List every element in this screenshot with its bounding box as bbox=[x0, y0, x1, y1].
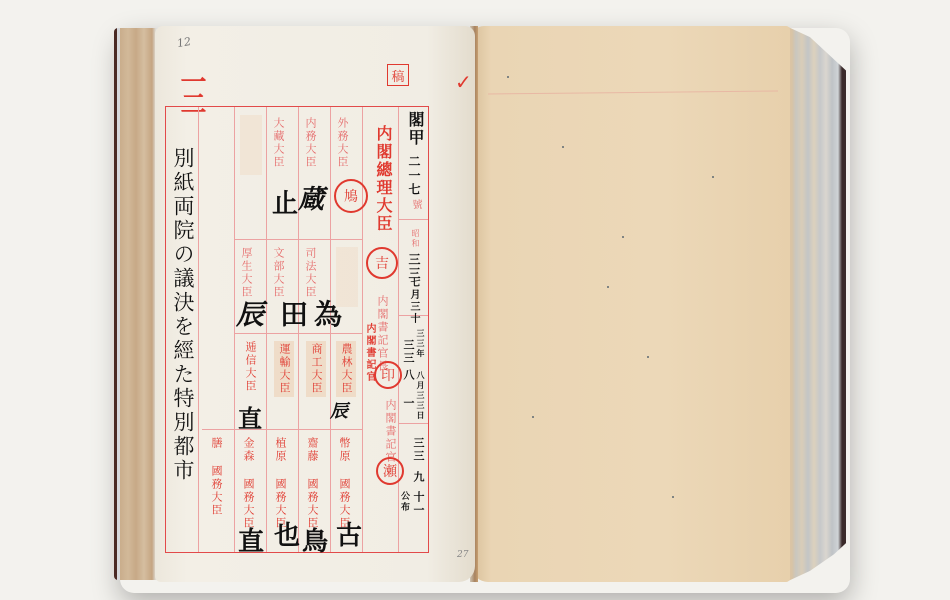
secretary-title: 内閣書記官 bbox=[382, 399, 398, 464]
minister-title: 文部大臣 bbox=[270, 247, 286, 299]
file-number-suffix: 號 bbox=[408, 199, 423, 211]
approval-handwritten-date: 三三年 八月三三日 bbox=[416, 329, 427, 421]
right-page-blank bbox=[472, 26, 790, 582]
header-seal: 稿 bbox=[387, 64, 409, 86]
enforcement-month: 九 bbox=[410, 471, 426, 484]
minister-title: 厚生大臣 bbox=[238, 247, 254, 299]
pencil-page-number: 12 bbox=[176, 35, 192, 50]
prime-minister-seal: 吉 bbox=[366, 247, 398, 279]
left-page-block-edges bbox=[114, 28, 160, 580]
minister-title: 金森 國務大臣 bbox=[240, 437, 256, 530]
prime-minister-title: 内閣總理大臣 bbox=[372, 125, 395, 233]
signature: 鳥 bbox=[302, 521, 328, 558]
approval-month: 八 bbox=[400, 369, 416, 382]
secretary-seal: 瀬 bbox=[376, 457, 404, 485]
signature: 辰 bbox=[236, 293, 264, 333]
signature: 蔵 bbox=[298, 179, 324, 216]
minister-title: 司法大臣 bbox=[302, 247, 318, 299]
signature: 為 bbox=[314, 293, 342, 333]
signature: 古 bbox=[336, 515, 362, 552]
minister-title: 齋藤 國務大臣 bbox=[304, 437, 320, 530]
signature: 也 bbox=[274, 515, 300, 552]
file-number: 二一七 bbox=[406, 155, 423, 197]
signature: 直 bbox=[238, 399, 262, 434]
minister-title: 運輸大臣 bbox=[274, 341, 294, 397]
draft-month-day: 七月三十 bbox=[406, 277, 421, 325]
right-page-block-edges bbox=[786, 26, 846, 582]
open-book: 12 一二 稿 ✓ 別紙両院の議決を經た特別都市 外務大臣 内務大臣 大藏大臣 bbox=[0, 0, 950, 600]
minister-title: 大藏大臣 bbox=[270, 117, 286, 169]
minister-title: 商工大臣 bbox=[306, 341, 326, 397]
chief-secretary-seal: 印 bbox=[374, 361, 402, 389]
draft-era: 昭和 bbox=[410, 229, 421, 249]
file-prefix: 閣甲 bbox=[404, 111, 427, 147]
signature: 直 bbox=[238, 521, 264, 558]
approval-year: 三三 bbox=[400, 339, 416, 365]
pale-stamp bbox=[240, 115, 262, 175]
minister-title: 逓信大臣 bbox=[242, 341, 258, 393]
minister-seal: 鳩 bbox=[334, 179, 368, 213]
signature: 辰 bbox=[330, 397, 348, 423]
approval-day: 一 bbox=[400, 397, 416, 410]
enforcement-day: 十一 bbox=[410, 491, 426, 517]
minister-title: 膳 國務大臣 bbox=[208, 437, 224, 517]
minister-title: 外務大臣 bbox=[334, 117, 350, 169]
signature: 田 bbox=[280, 293, 308, 333]
cabinet-approval-form: 別紙両院の議決を經た特別都市 外務大臣 内務大臣 大藏大臣 蔵 止 鳩 司法大臣… bbox=[165, 106, 429, 553]
subject-text: 別紙両院の議決を經た特別都市 bbox=[170, 147, 196, 483]
signature: 止 bbox=[272, 183, 298, 220]
bottom-pencil-mark: 27 bbox=[457, 550, 468, 560]
left-page-document: 12 一二 稿 ✓ 別紙両院の議決を經た特別都市 外務大臣 内務大臣 大藏大臣 bbox=[155, 26, 475, 582]
minister-title: 農林大臣 bbox=[336, 341, 356, 397]
enforcement-year: 三三 bbox=[410, 437, 426, 463]
enforcement-note: 公布 bbox=[398, 491, 411, 513]
minister-title: 内務大臣 bbox=[302, 117, 318, 169]
check-mark: ✓ bbox=[455, 70, 472, 94]
